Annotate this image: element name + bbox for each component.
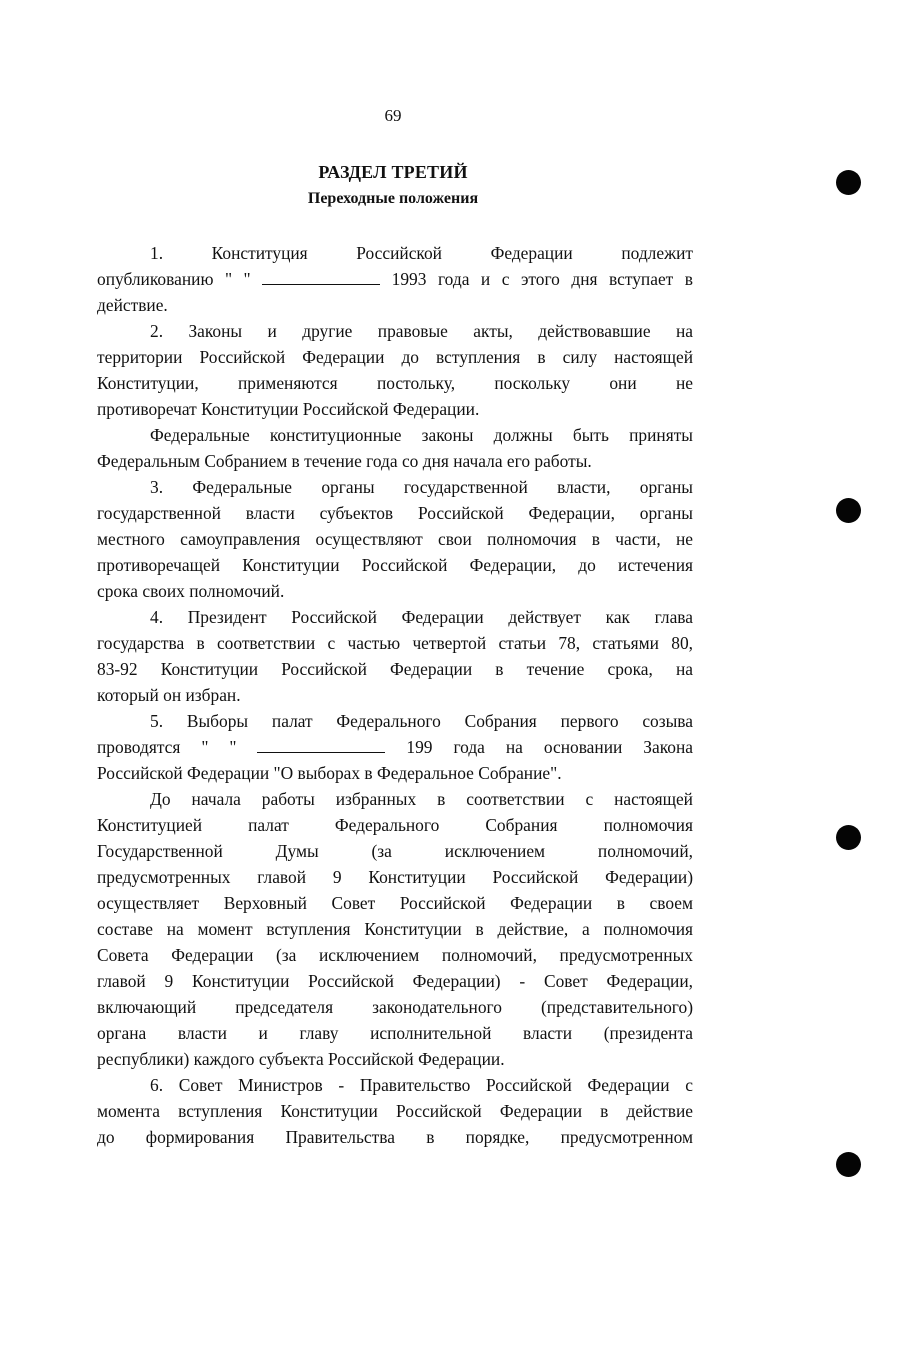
- text-line: 6. Совет Министров - Правительство Росси…: [97, 1072, 693, 1098]
- text-line: республики) каждого субъекта Российской …: [97, 1046, 693, 1072]
- text-line: момента вступления Конституции Российско…: [97, 1098, 693, 1124]
- text-line: Конституцией палат Федерального Собрания…: [97, 812, 693, 838]
- text-line: местного самоуправления осуществляют сво…: [97, 526, 693, 552]
- date-blank-field: [257, 736, 385, 753]
- text-line: Совета Федерации (за исключением полномо…: [97, 942, 693, 968]
- paragraph: 4. Президент Российской Федерации действ…: [97, 604, 693, 708]
- punch-hole-icon: [836, 1152, 861, 1177]
- text-line: 83-92 Конституции Российской Федерации в…: [97, 656, 693, 682]
- text-line: 4. Президент Российской Федерации действ…: [97, 604, 693, 630]
- paragraph: 3. Федеральные органы государственной вл…: [97, 474, 693, 604]
- punch-hole-icon: [836, 170, 861, 195]
- text-line: Конституции, применяются постольку, поск…: [97, 370, 693, 396]
- paragraph: До начала работы избранных в соответстви…: [97, 786, 693, 1072]
- text-line: противоречат Конституции Российской Феде…: [97, 396, 693, 422]
- paragraph: 2. Законы и другие правовые акты, действ…: [97, 318, 693, 422]
- text-line: Государственной Думы (за исключением пол…: [97, 838, 693, 864]
- paragraph: 1. Конституция Российской Федерации подл…: [97, 240, 693, 318]
- punch-hole-icon: [836, 825, 861, 850]
- text-line: главой 9 Конституции Российской Федераци…: [97, 968, 693, 994]
- text-line: проводятся " " 199 года на основании Зак…: [97, 734, 693, 760]
- text-line: который он избран.: [97, 682, 693, 708]
- punch-hole-icon: [836, 498, 861, 523]
- paragraph: 5. Выборы палат Федерального Собрания пе…: [97, 708, 693, 786]
- text-line: 1. Конституция Российской Федерации подл…: [97, 240, 693, 266]
- text-line: предусмотренных главой 9 Конституции Рос…: [97, 864, 693, 890]
- section-title: РАЗДЕЛ ТРЕТИЙ: [0, 162, 786, 183]
- text-line: действие.: [97, 292, 693, 318]
- text-line: государства в соответствии с частью четв…: [97, 630, 693, 656]
- text-line: осуществляет Верховный Совет Российской …: [97, 890, 693, 916]
- section-subtitle: Переходные положения: [0, 190, 786, 208]
- text-line: срока своих полномочий.: [97, 578, 693, 604]
- text-line: Федеральные конституционные законы должн…: [97, 422, 693, 448]
- text-line: Федеральным Собранием в течение года со …: [97, 448, 693, 474]
- text-line: 5. Выборы палат Федерального Собрания пе…: [97, 708, 693, 734]
- paragraph: 6. Совет Министров - Правительство Росси…: [97, 1072, 693, 1150]
- text-line: включающий председателя законодательного…: [97, 994, 693, 1020]
- date-blank-field: [262, 268, 380, 285]
- text-line: территории Российской Федерации до вступ…: [97, 344, 693, 370]
- page-number: 69: [0, 106, 786, 126]
- text-line: До начала работы избранных в соответстви…: [97, 786, 693, 812]
- text-line: составе на момент вступления Конституции…: [97, 916, 693, 942]
- text-line: органа власти и главу исполнительной вла…: [97, 1020, 693, 1046]
- paragraph: Федеральные конституционные законы должн…: [97, 422, 693, 474]
- document-body: 1. Конституция Российской Федерации подл…: [97, 240, 693, 1150]
- text-line: противоречащей Конституции Российской Фе…: [97, 552, 693, 578]
- text-line: до формирования Правительства в порядке,…: [97, 1124, 693, 1150]
- text-line: 2. Законы и другие правовые акты, действ…: [97, 318, 693, 344]
- text-line: государственной власти субъектов Российс…: [97, 500, 693, 526]
- text-line: 3. Федеральные органы государственной вл…: [97, 474, 693, 500]
- text-line: Российской Федерации "О выборах в Федера…: [97, 760, 693, 786]
- text-line: опубликованию " " 1993 года и с этого дн…: [97, 266, 693, 292]
